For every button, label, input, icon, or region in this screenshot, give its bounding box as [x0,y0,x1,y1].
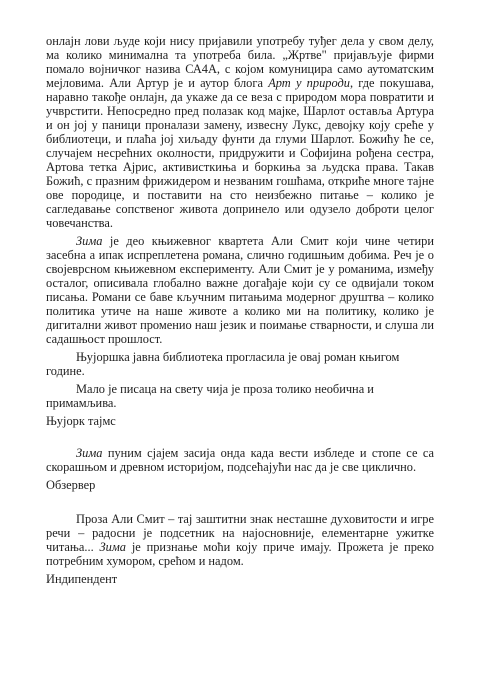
synopsis-paragraph-continued: онлајн лови људе који нису пријавили упо… [46,34,434,230]
blog-title: Арт у природи [268,76,350,90]
nyt-attribution: Њујорк тајмс [46,414,434,428]
observer-attribution: Обзервер [46,478,434,492]
library-quote: Њујоршка јавна библиотека прогласила је … [46,350,434,378]
quartet-paragraph: Зима је део књижевног квартета Али Смит … [46,234,434,346]
book-title: Зима [100,540,126,554]
document-page: онлајн лови људе који нису пријавили упо… [46,34,434,586]
paragraph-text: је део књижевног квартета Али Смит који … [46,234,434,346]
book-title: Зима [76,234,102,248]
quote-text: пуним сјајем засија онда када вести избл… [46,446,434,474]
observer-quote: Зима пуним сјајем засија онда када вести… [46,446,434,474]
nyt-quote: Мало је писаца на свету чија је проза то… [46,382,434,410]
book-title: Зима [76,446,102,460]
paragraph-text: , где покушава, наравно такође онлајн, д… [46,76,434,230]
independent-quote: Проза Али Смит – тај заштитни знак неста… [46,512,434,568]
independent-attribution: Индипендент [46,572,434,586]
